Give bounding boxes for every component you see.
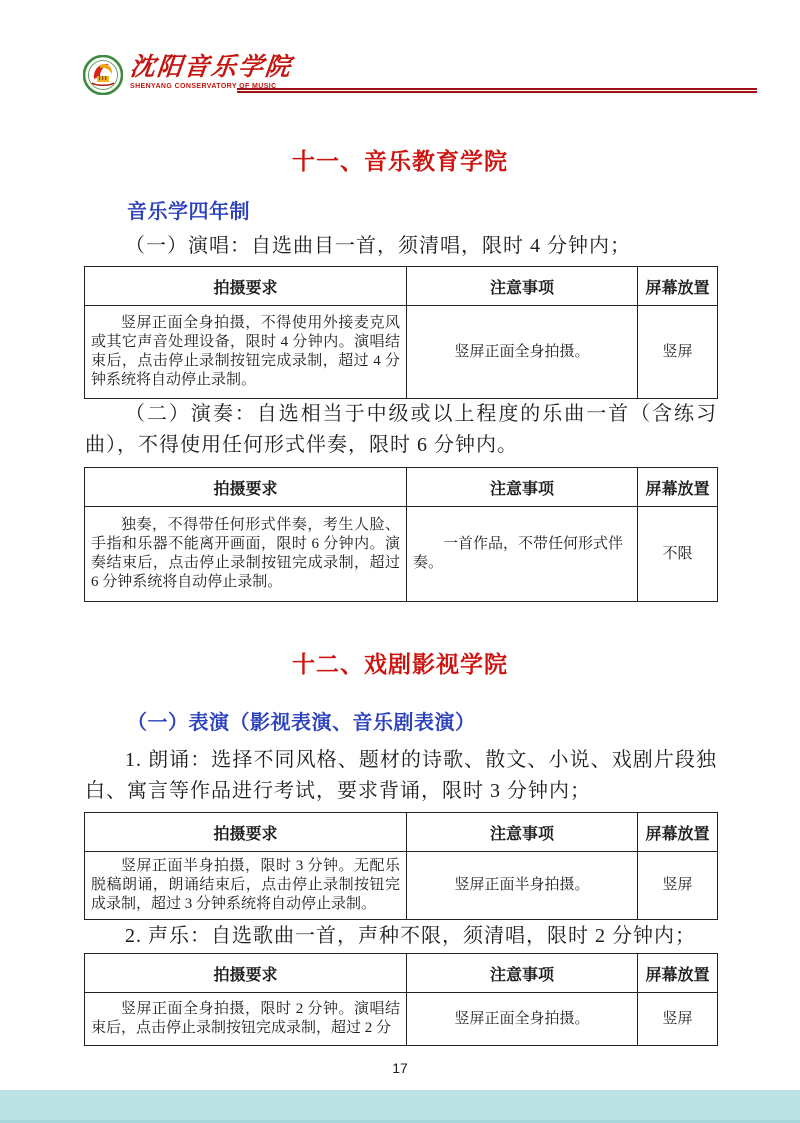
header-rule-thin-line xyxy=(237,91,757,93)
logo-chinese-name: 沈阳音乐学院 xyxy=(129,55,294,81)
cell-notes: 一首作品，不带任何形式伴奏。 xyxy=(407,507,638,602)
cell-screen-placement: 竖屏 xyxy=(638,306,718,399)
table-row: 独奏，不得带任何形式伴奏，考生人脸、手指和乐器不能离开画面，限时 6 分钟内。演… xyxy=(85,507,718,602)
section-title-drama-film: 十二、戏剧影视学院 xyxy=(0,646,800,679)
table-row: 竖屏正面全身拍摄，不得使用外接麦克风或其它声音处理设备，限时 4 分钟内。演唱结… xyxy=(85,306,718,399)
column-header-notes: 注意事项 xyxy=(407,267,638,306)
table-row: 竖屏正面全身拍摄，限时 2 分钟。演唱结束后，点击停止录制按钮完成录制，超过 2… xyxy=(85,993,718,1046)
column-header-screen-placement: 屏幕放置 xyxy=(638,267,718,306)
header-divider-rule xyxy=(237,88,757,93)
table-header-row: 拍摄要求 注意事项 屏幕放置 xyxy=(85,468,718,507)
column-header-shooting-requirement: 拍摄要求 xyxy=(85,954,407,993)
column-header-screen-placement: 屏幕放置 xyxy=(638,954,718,993)
cell-shooting-requirement: 竖屏正面全身拍摄，不得使用外接麦克风或其它声音处理设备，限时 4 分钟内。演唱结… xyxy=(85,306,407,399)
page-number: 17 xyxy=(0,1060,800,1076)
table-instrument-performance: 拍摄要求 注意事项 屏幕放置 独奏，不得带任何形式伴奏，考生人脸、手指和乐器不能… xyxy=(84,467,718,602)
table-row: 竖屏正面半身拍摄，限时 3 分钟。无配乐脱稿朗诵，朗诵结束后，点击停止录制按钮完… xyxy=(85,852,718,920)
logo-text: 沈阳音乐学院 SHENYANG CONSERVATORY OF MUSIC xyxy=(130,55,292,90)
cell-screen-placement: 不限 xyxy=(638,507,718,602)
subheading-musicology-four-year: 音乐学四年制 xyxy=(127,195,250,224)
column-header-shooting-requirement: 拍摄要求 xyxy=(85,813,407,852)
column-header-notes: 注意事项 xyxy=(407,813,638,852)
cell-shooting-requirement: 竖屏正面半身拍摄，限时 3 分钟。无配乐脱稿朗诵，朗诵结束后，点击停止录制按钮完… xyxy=(85,852,407,920)
table-singing: 拍摄要求 注意事项 屏幕放置 竖屏正面全身拍摄，不得使用外接麦克风或其它声音处理… xyxy=(84,266,718,399)
paragraph-performance-requirement: （二）演奏：自选相当于中级或以上程度的乐曲一首（含练习曲），不得使用任何形式伴奏… xyxy=(85,399,717,461)
cell-notes: 竖屏正面全身拍摄。 xyxy=(407,993,638,1046)
paragraph-vocal-requirement: 2. 声乐：自选歌曲一首，声种不限，须清唱，限时 2 分钟内； xyxy=(85,921,717,952)
table-vocal: 拍摄要求 注意事项 屏幕放置 竖屏正面全身拍摄，限时 2 分钟。演唱结束后，点击… xyxy=(84,953,718,1046)
cell-screen-placement: 竖屏 xyxy=(638,852,718,920)
subheading-acting: （一）表演（影视表演、音乐剧表演） xyxy=(127,706,476,735)
cell-shooting-requirement: 独奏，不得带任何形式伴奏，考生人脸、手指和乐器不能离开画面，限时 6 分钟内。演… xyxy=(85,507,407,602)
column-header-shooting-requirement: 拍摄要求 xyxy=(85,267,407,306)
paragraph-recitation-requirement: 1. 朗诵：选择不同风格、题材的诗歌、散文、小说、戏剧片段独白、寓言等作品进行考… xyxy=(85,745,717,807)
section-title-music-education: 十一、音乐教育学院 xyxy=(0,143,800,176)
table-header-row: 拍摄要求 注意事项 屏幕放置 xyxy=(85,267,718,306)
table-recitation: 拍摄要求 注意事项 屏幕放置 竖屏正面半身拍摄，限时 3 分钟。无配乐脱稿朗诵，… xyxy=(84,812,718,920)
footer-decorative-bar xyxy=(0,1090,800,1123)
table-header-row: 拍摄要求 注意事项 屏幕放置 xyxy=(85,954,718,993)
cell-screen-placement: 竖屏 xyxy=(638,993,718,1046)
column-header-screen-placement: 屏幕放置 xyxy=(638,813,718,852)
column-header-shooting-requirement: 拍摄要求 xyxy=(85,468,407,507)
paragraph-singing-requirement: （一）演唱：自选曲目一首，须清唱，限时 4 分钟内； xyxy=(85,231,717,262)
document-page: 沈阳音乐学院 SHENYANG CONSERVATORY OF MUSIC 十一… xyxy=(0,0,800,1123)
table-header-row: 拍摄要求 注意事项 屏幕放置 xyxy=(85,813,718,852)
conservatory-logo-icon xyxy=(83,55,123,95)
column-header-notes: 注意事项 xyxy=(407,954,638,993)
cell-notes: 竖屏正面半身拍摄。 xyxy=(407,852,638,920)
cell-shooting-requirement: 竖屏正面全身拍摄，限时 2 分钟。演唱结束后，点击停止录制按钮完成录制，超过 2… xyxy=(85,993,407,1046)
column-header-screen-placement: 屏幕放置 xyxy=(638,468,718,507)
column-header-notes: 注意事项 xyxy=(407,468,638,507)
cell-notes: 竖屏正面全身拍摄。 xyxy=(407,306,638,399)
